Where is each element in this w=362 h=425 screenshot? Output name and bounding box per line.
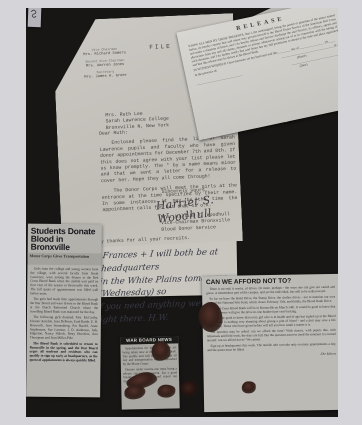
text-line: The following girls donated: Mrs. McCart… [30, 315, 98, 340]
blood-stain [181, 381, 197, 396]
editorial-byline: -The Editors [207, 352, 336, 358]
text-line: The question may be asked: can we afford… [207, 328, 336, 342]
editorial-clipping: CAN WE AFFORD NOT TO? There is no end, i… [202, 274, 338, 412]
war-board-header: WAR BOARD NEWS [120, 336, 178, 344]
release-form: RELEASE KNOW ALL MEN BY THESE PRESENTS, … [176, 8, 338, 140]
clipping-headline: Students Donate Blood in Bronxville [31, 227, 99, 252]
text-line: Sign up at headquarters this week. The m… [207, 342, 336, 352]
blood-stain [198, 302, 223, 332]
album-page: Frances + I will both be at headquarters… [26, 8, 338, 417]
blood-stain [151, 342, 170, 361]
text-line: The girls had made their appointments th… [30, 297, 98, 314]
clipping-subhead: Motor Corps Gives Transportation [27, 253, 101, 266]
blood-stain [242, 381, 256, 393]
news-clipping-students-donate: Students Donate Blood in Bronxville Moto… [26, 224, 102, 398]
text-line: There is no end, it seems, of drives. Or… [206, 285, 335, 295]
editorial-paragraphs: There is no end, it seems, of drives. Or… [206, 285, 336, 352]
editorial-body: There is no end, it seems, of drives. Or… [206, 285, 337, 405]
war-board-clipping: WAR BOARD NEWS Appointments for the Bloo… [120, 336, 179, 409]
text-line: The Blood Bank is scheduled to return to… [29, 341, 97, 362]
letterhead: Vice ChairmanMrs. Richard SomersSecond V… [75, 42, 136, 112]
scribble-icon [28, 8, 42, 27]
text-line: It would be good to know that every girl… [207, 314, 336, 328]
scrapbook-photo: Frances + I will both be at headquarters… [0, 0, 362, 425]
clipping-body: Girls from the college and young women f… [29, 267, 98, 396]
file-stamp: FILE [149, 43, 172, 51]
corner-sticker [28, 8, 42, 27]
text-line: So far we have the Bond Drive, the Stamp… [206, 295, 335, 305]
text-line: Girls from the college and young women f… [30, 267, 98, 296]
text-line: The Red Cross Blood Bank will be in Bron… [206, 304, 335, 314]
text-line: Enclosed please find the list of Sarah L… [99, 135, 236, 185]
